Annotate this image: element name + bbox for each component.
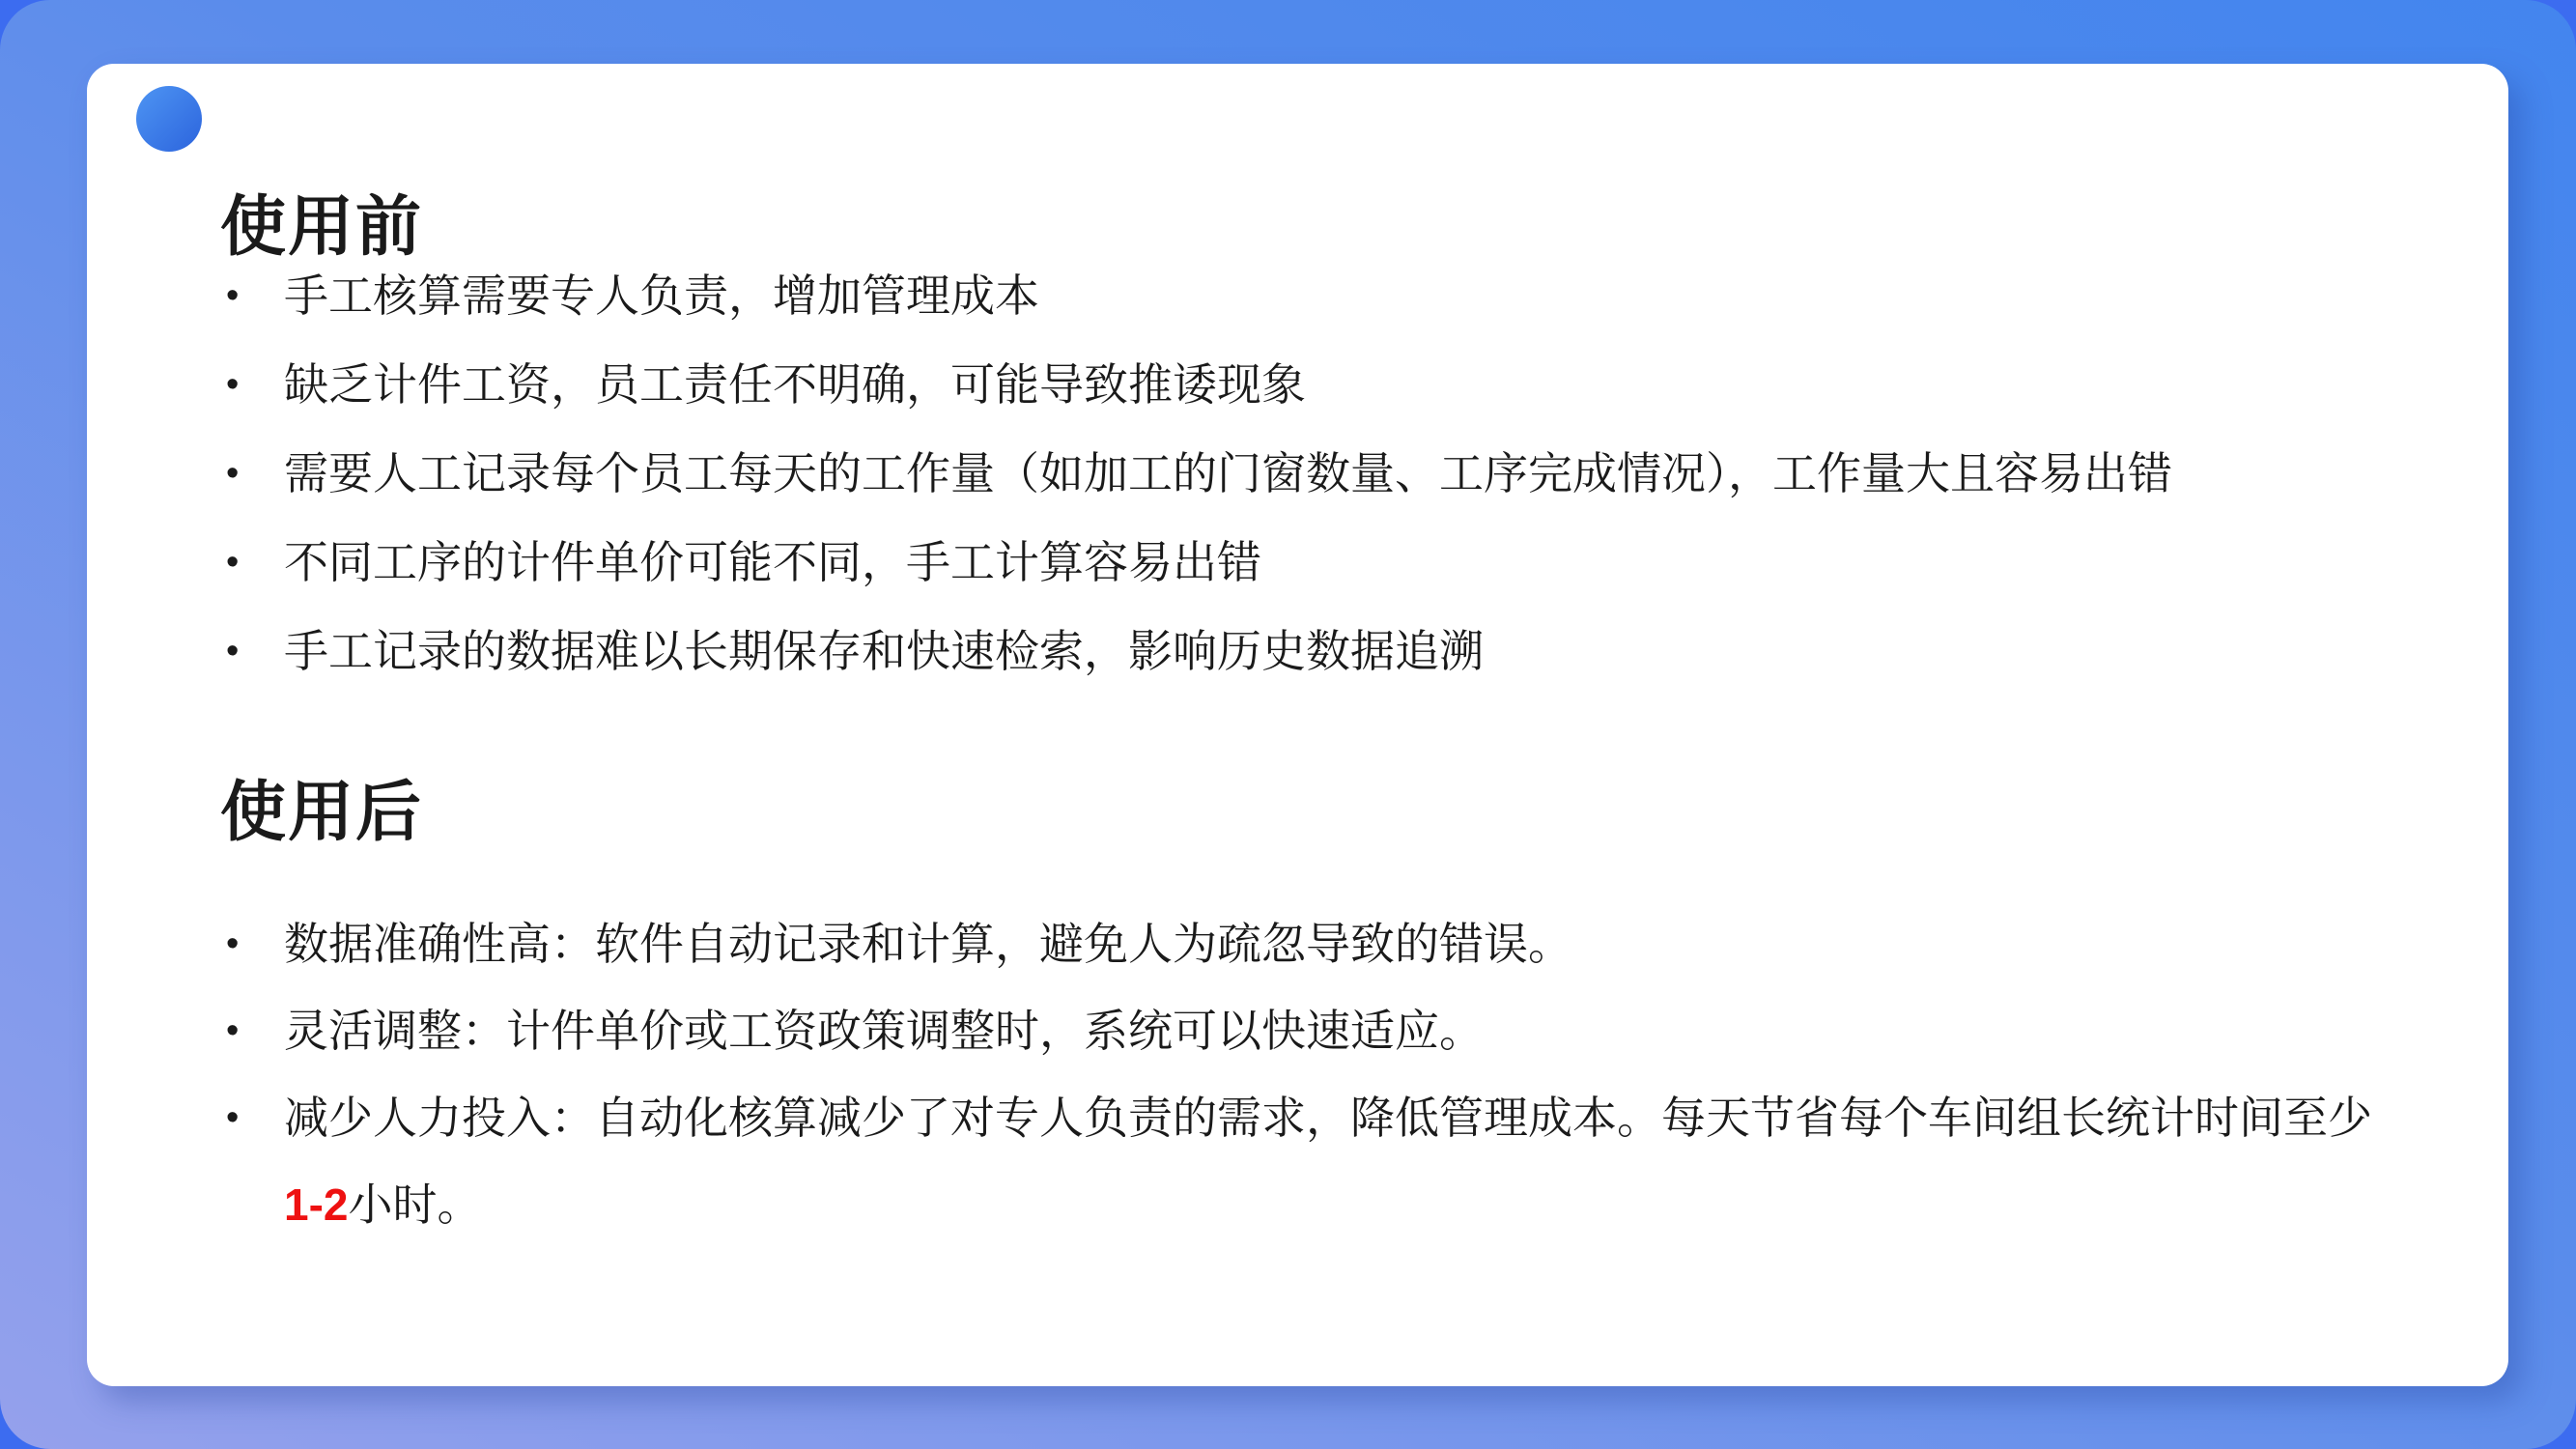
list-item-text: 缺乏计件工资，员工责任不明确，可能导致推诿现象 <box>284 340 2403 429</box>
list-item: •不同工序的计件单价可能不同，手工计算容易出错 <box>220 518 2403 607</box>
list-item: •数据准确性高：软件自动记录和计算，避免人为疏忽导致的错误。 <box>220 900 2403 987</box>
bullet-icon: • <box>220 429 284 518</box>
list-item-text: 数据准确性高：软件自动记录和计算，避免人为疏忽导致的错误。 <box>284 900 2403 987</box>
list-item-text: 灵活调整：计件单价或工资政策调整时，系统可以快速适应。 <box>284 987 2403 1074</box>
text-segment: 手工核算需要专人负责，增加管理成本 <box>284 270 1039 321</box>
bullet-icon: • <box>220 607 284 696</box>
text-segment: 需要人工记录每个员工每天的工作量（如加工的门窗数量、工序完成情况），工作量大且容… <box>284 448 2172 498</box>
bullet-icon: • <box>220 987 284 1074</box>
bullet-icon: • <box>220 340 284 429</box>
text-segment: 缺乏计件工资，员工责任不明确，可能导致推诿现象 <box>284 359 1306 410</box>
list-item-text: 不同工序的计件单价可能不同，手工计算容易出错 <box>284 518 2403 607</box>
text-segment: 不同工序的计件单价可能不同，手工计算容易出错 <box>284 537 1261 587</box>
list-item: •减少人力投入：自动化核算减少了对专人负责的需求，降低管理成本。每天节省每个车间… <box>220 1074 2403 1248</box>
bullet-list-before-use: •手工核算需要专人负责，增加管理成本•缺乏计件工资，员工责任不明确，可能导致推诿… <box>220 251 2403 696</box>
list-item: •手工记录的数据难以长期保存和快速检索，影响历史数据追溯 <box>220 607 2403 696</box>
slide-page: 使用前 •手工核算需要专人负责，增加管理成本•缺乏计件工资，员工责任不明确，可能… <box>0 0 2576 1449</box>
text-segment: 手工记录的数据难以长期保存和快速检索，影响历史数据追溯 <box>284 626 1484 676</box>
text-segment: 数据准确性高：软件自动记录和计算，避免人为疏忽导致的错误。 <box>284 919 1572 969</box>
content-card: 使用前 •手工核算需要专人负责，增加管理成本•缺乏计件工资，员工责任不明确，可能… <box>87 64 2508 1386</box>
section-title-after-use: 使用后 <box>220 775 423 850</box>
list-item: •灵活调整：计件单价或工资政策调整时，系统可以快速适应。 <box>220 987 2403 1074</box>
list-item-text: 需要人工记录每个员工每天的工作量（如加工的门窗数量、工序完成情况），工作量大且容… <box>284 429 2403 518</box>
text-segment: 灵活调整：计件单价或工资政策调整时，系统可以快速适应。 <box>284 1006 1484 1056</box>
bullet-icon: • <box>220 1074 284 1161</box>
text-segment: 减少人力投入：自动化核算减少了对专人负责的需求，降低管理成本。每天节省每个车间组… <box>284 1093 2372 1143</box>
text-segment: 小时。 <box>348 1179 481 1230</box>
list-item: •需要人工记录每个员工每天的工作量（如加工的门窗数量、工序完成情况），工作量大且… <box>220 429 2403 518</box>
bullet-list-after-use: •数据准确性高：软件自动记录和计算，避免人为疏忽导致的错误。•灵活调整：计件单价… <box>220 900 2403 1248</box>
decorative-circle-icon <box>136 86 202 152</box>
list-item-text: 手工核算需要专人负责，增加管理成本 <box>284 251 2403 340</box>
bullet-icon: • <box>220 900 284 987</box>
list-item: •缺乏计件工资，员工责任不明确，可能导致推诿现象 <box>220 340 2403 429</box>
bullet-icon: • <box>220 518 284 607</box>
bullet-icon: • <box>220 251 284 340</box>
highlight-text: 1-2 <box>284 1179 348 1230</box>
list-item-text: 减少人力投入：自动化核算减少了对专人负责的需求，降低管理成本。每天节省每个车间组… <box>284 1074 2403 1248</box>
list-item: •手工核算需要专人负责，增加管理成本 <box>220 251 2403 340</box>
list-item-text: 手工记录的数据难以长期保存和快速检索，影响历史数据追溯 <box>284 607 2403 696</box>
